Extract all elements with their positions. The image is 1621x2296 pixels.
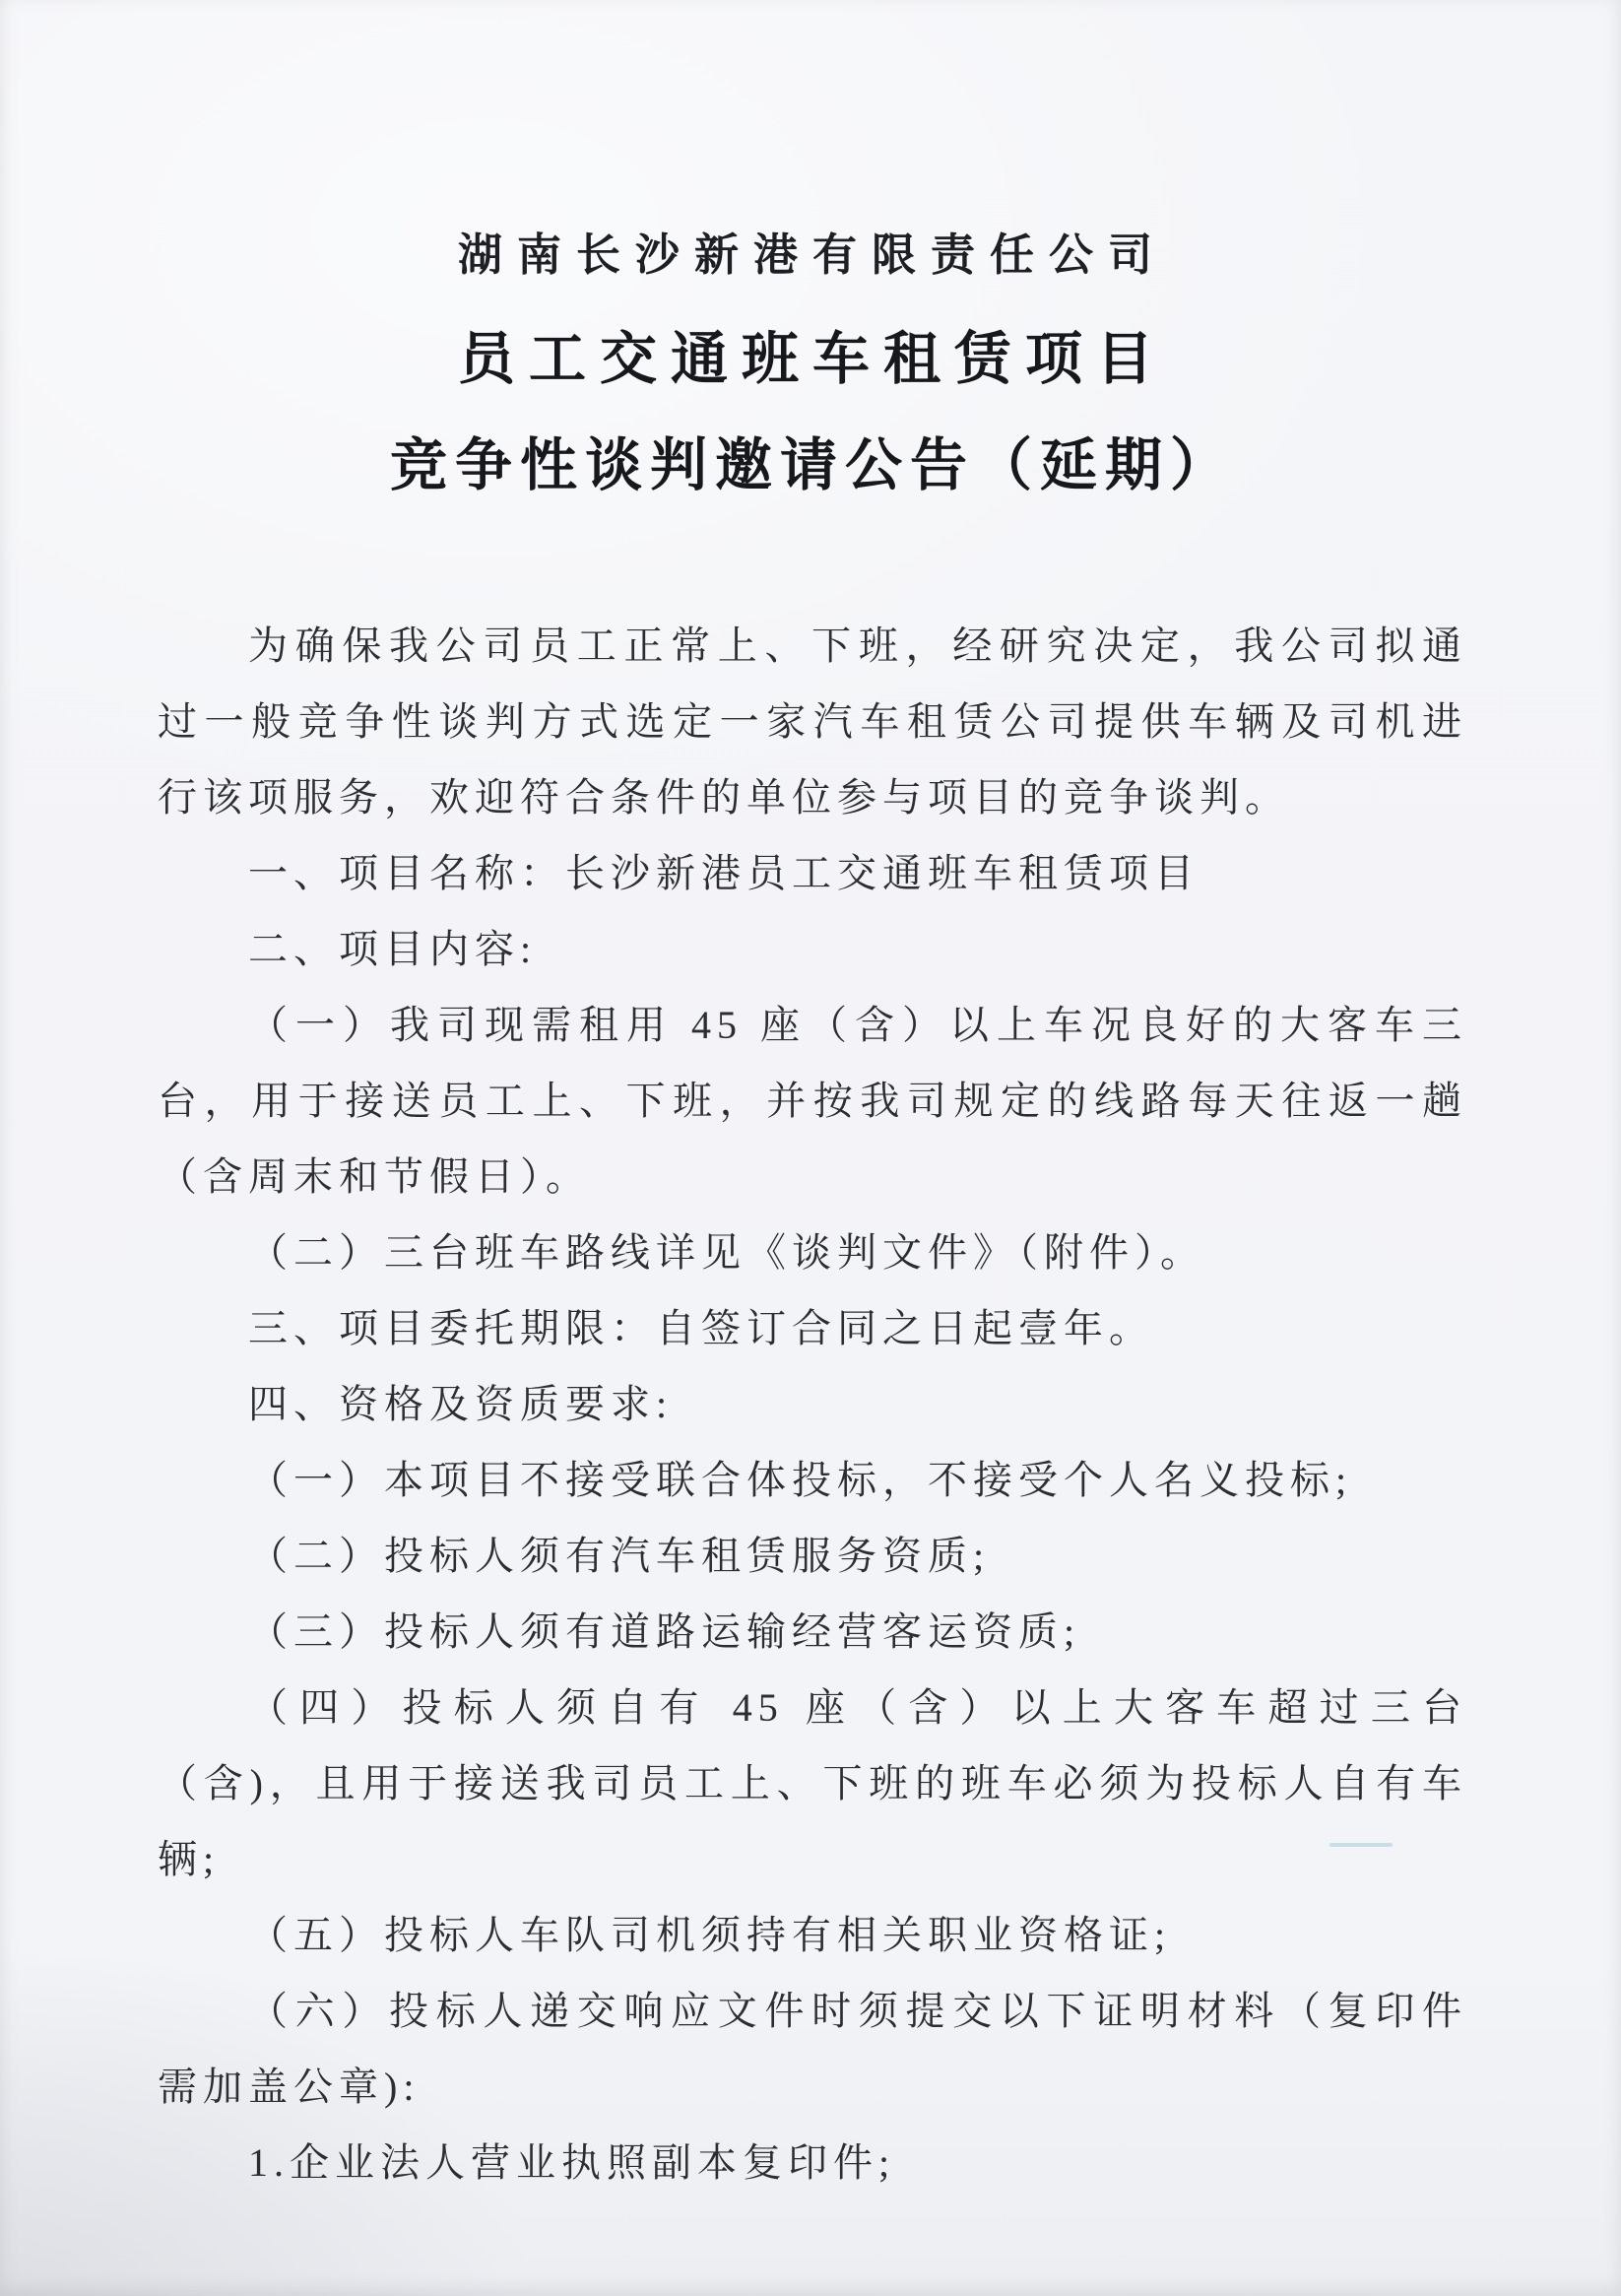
qualification-clause-6: （六）投标人递交响应文件时须提交以下证明材料（复印件需加盖公章): [158, 1973, 1467, 2125]
content-clause-2: （二）三台班车路线详见《谈判文件》（附件）。 [158, 1214, 1467, 1290]
document-announcement-title: 竞争性谈判邀请公告（延期） [158, 419, 1467, 501]
material-item-1: 1.企业法人营业执照副本复印件; [158, 2125, 1467, 2200]
document-company-title: 湖南长沙新港有限责任公司 [158, 219, 1467, 283]
item-project-content: 二、项目内容: [158, 911, 1467, 987]
scanned-document-page: 湖南长沙新港有限责任公司 员工交通班车租赁项目 竞争性谈判邀请公告（延期） 为确… [0, 0, 1621, 2296]
content-clause-1: （一）我司现需租用 45 座（含）以上车况良好的大客车三台，用于接送员工上、下班… [158, 987, 1467, 1214]
document-body: 为确保我公司员工正常上、下班，经研究决定，我公司拟通过一般竞争性谈判方式选定一家… [158, 608, 1467, 2200]
document-content: 湖南长沙新港有限责任公司 员工交通班车租赁项目 竞争性谈判邀请公告（延期） 为确… [158, 219, 1467, 2200]
qualification-clause-1: （一）本项目不接受联合体投标，不接受个人名义投标; [158, 1442, 1467, 1518]
qualification-clause-2: （二）投标人须有汽车租赁服务资质; [158, 1518, 1467, 1594]
scan-artifact-mark [1329, 1843, 1393, 1847]
document-project-title: 员工交通班车租赁项目 [158, 312, 1467, 395]
qualification-clause-5: （五）投标人车队司机须持有相关职业资格证; [158, 1897, 1467, 1973]
item-project-name: 一、项目名称：长沙新港员工交通班车租赁项目 [158, 835, 1467, 911]
qualification-clause-4: （四）投标人须自有 45 座（含）以上大客车超过三台（含)，且用于接送我司员工上… [158, 1670, 1467, 1897]
qualification-clause-3: （三）投标人须有道路运输经营客运资质; [158, 1594, 1467, 1670]
item-qualification-heading: 四、资格及资质要求: [158, 1366, 1467, 1442]
item-project-term: 三、项目委托期限：自签订合同之日起壹年。 [158, 1290, 1467, 1366]
paragraph-intro: 为确保我公司员工正常上、下班，经研究决定，我公司拟通过一般竞争性谈判方式选定一家… [158, 608, 1467, 835]
